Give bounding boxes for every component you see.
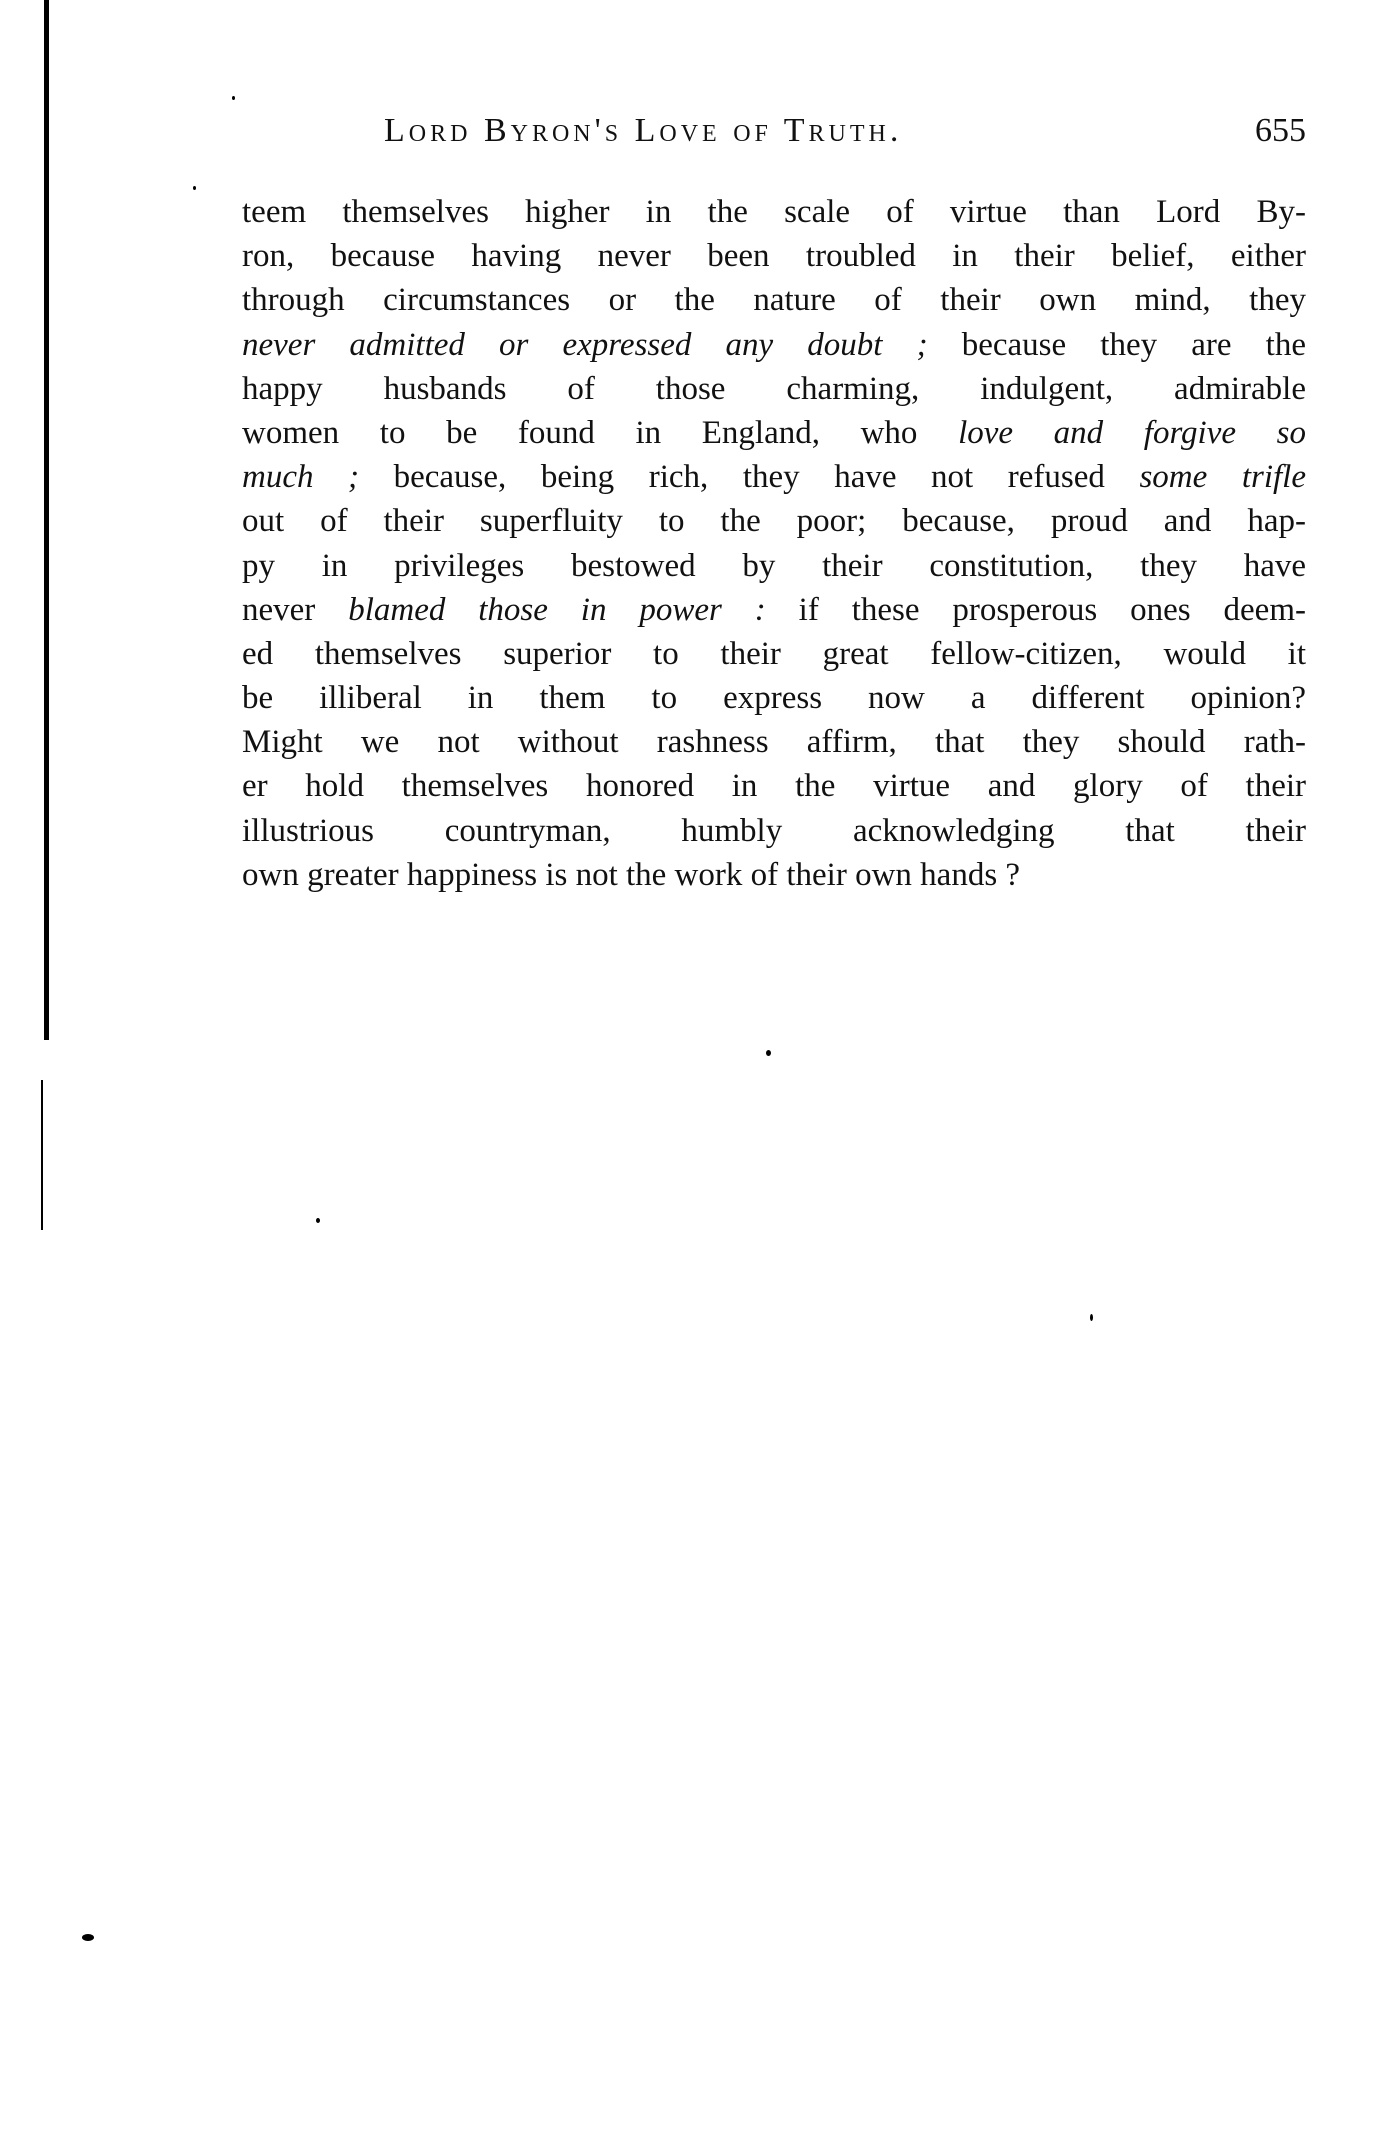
text-run: er hold themselves honored in the virtue… [242,768,1306,804]
text-line: Might we not without rashness affirm, th… [242,720,1306,764]
text-run: if these prosperous ones deem- [766,592,1306,628]
text-run: happy husbands of those charming, indulg… [242,371,1306,407]
text-run: Might we not without rashness affirm, th… [242,724,1306,760]
text-line: happy husbands of those charming, indulg… [242,367,1306,411]
text-run: ed themselves superior to their great fe… [242,636,1306,672]
italic-emphasis: love and forgive so [958,415,1306,451]
scan-speck [193,186,196,190]
text-line: women to be found in England, who love a… [242,411,1306,455]
text-line: never blamed those in power : if these p… [242,588,1306,632]
italic-emphasis: some trifle [1139,459,1306,495]
text-run: out of their superfluity to the poor; be… [242,503,1306,539]
page-number: 655 [1255,112,1306,150]
text-line: be illiberal in them to express now a di… [242,676,1306,720]
scan-speck [82,1934,94,1941]
text-line: er hold themselves honored in the virtue… [242,764,1306,808]
text-run: because they are the [928,327,1306,363]
text-line: own greater happiness is not the work of… [242,853,1306,897]
italic-emphasis: much ; [242,459,359,495]
text-run: because, being rich, they have not refus… [359,459,1139,495]
text-run: own greater happiness is not the work of… [242,857,1020,893]
text-line: through circumstances or the nature of t… [242,278,1306,322]
text-run: illustrious countryman, humbly acknowled… [242,813,1306,849]
running-head-title: Lord Byron's Love of Truth. [384,112,902,150]
text-line: illustrious countryman, humbly acknowled… [242,809,1306,853]
italic-emphasis: never admitted or expressed any doubt ; [242,327,928,363]
text-run: women to be found in England, who [242,415,958,451]
text-run: through circumstances or the nature of t… [242,282,1306,318]
body-text: teem themselves higher in the scale of v… [242,190,1306,897]
text-line: never admitted or expressed any doubt ; … [242,323,1306,367]
text-line: out of their superfluity to the poor; be… [242,499,1306,543]
text-line: py in privileges bestowed by their const… [242,544,1306,588]
scan-speck [316,1218,320,1223]
text-run: py in privileges bestowed by their const… [242,548,1306,584]
italic-emphasis: blamed those in power : [348,592,766,628]
scan-speck [232,96,235,100]
scan-speck [1090,1314,1093,1321]
text-run: be illiberal in them to express now a di… [242,680,1306,716]
text-run: ron, because having never been troubled … [242,238,1306,274]
scan-binding-edge [44,0,49,1040]
text-line: much ; because, being rich, they have no… [242,455,1306,499]
scan-binding-edge-lower [41,1080,43,1230]
text-line: teem themselves higher in the scale of v… [242,190,1306,234]
text-line: ron, because having never been troubled … [242,234,1306,278]
running-head: Lord Byron's Love of Truth. 655 [384,112,1306,162]
text-run: never [242,592,348,628]
text-run: teem themselves higher in the scale of v… [242,194,1306,230]
scan-speck [766,1050,771,1056]
text-line: ed themselves superior to their great fe… [242,632,1306,676]
